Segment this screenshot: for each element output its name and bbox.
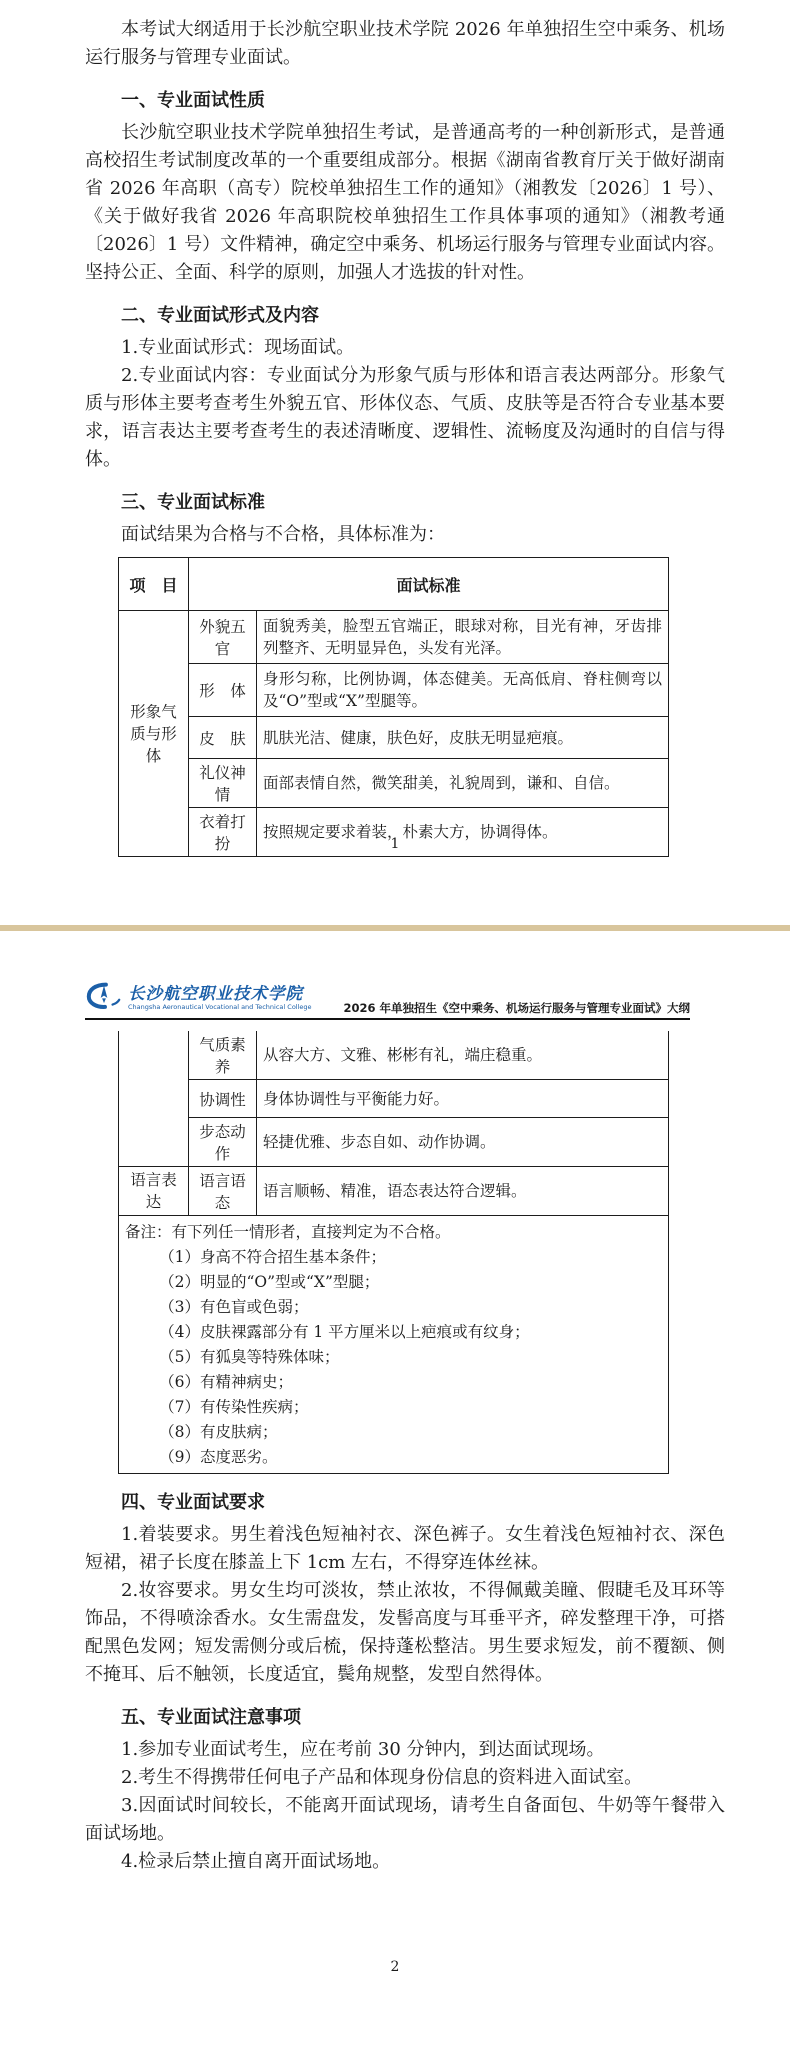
section-4-item: 1.着装要求。男生着浅色短袖衬衣、深色裤子。女生着浅色短袖衬衣、深色短裙，裙子长…: [85, 1521, 725, 1577]
table-row: 气质素养 从容大方、文雅、彬彬有礼，端庄稳重。: [119, 1031, 669, 1080]
college-logo-icon: [85, 981, 123, 1015]
note-item: （6）有精神病史；: [125, 1370, 662, 1395]
group-appearance-cell: 形象气质与形体: [119, 611, 189, 857]
item-standard: 从容大方、文雅、彬彬有礼，端庄稳重。: [257, 1031, 669, 1080]
section-1-heading: 一、专业面试性质: [85, 87, 725, 115]
note-item: （1）身高不符合招生基本条件；: [125, 1245, 662, 1270]
section-5-item: 4.检录后禁止擅自离开面试场地。: [85, 1848, 725, 1876]
page-1: 本考试大纲适用于长沙航空职业技术学院 2026 年单独招生空中乘务、机场运行服务…: [0, 0, 790, 925]
college-name-cn: 长沙航空职业技术学院: [128, 985, 312, 1003]
table-row: 语言表达 语言语态 语言顺畅、精准，语态表达符合逻辑。: [119, 1167, 669, 1216]
college-logo: 长沙航空职业技术学院 Changsha Aeronautical Vocatio…: [85, 981, 312, 1015]
header-item: 项 目: [119, 558, 189, 611]
college-name-block: 长沙航空职业技术学院 Changsha Aeronautical Vocatio…: [128, 985, 312, 1011]
note-item: （7）有传染性疾病；: [125, 1395, 662, 1420]
section-2-item: 2.专业面试内容：专业面试分为形象气质与形体和语言表达两部分。形象气质与形体主要…: [85, 362, 725, 474]
section-3-lead: 面试结果为合格与不合格，具体标准为：: [85, 521, 725, 549]
item-name: 气质素养: [189, 1031, 257, 1080]
page-number: 2: [0, 1959, 790, 1975]
intro-paragraph: 本考试大纲适用于长沙航空职业技术学院 2026 年单独招生空中乘务、机场运行服务…: [85, 16, 725, 72]
item-name: 礼仪神情: [189, 759, 257, 808]
standards-table-continued: 气质素养 从容大方、文雅、彬彬有礼，端庄稳重。 协调性 身体协调性与平衡能力好。…: [118, 1031, 669, 1474]
item-standard: 语言顺畅、精准，语态表达符合逻辑。: [257, 1167, 669, 1216]
table-row: 形 体 身形匀称，比例协调，体态健美。无高低肩、脊柱侧弯以及“O”型或“X”型腿…: [119, 664, 669, 717]
item-standard: 面部表情自然，微笑甜美，礼貌周到，谦和、自信。: [257, 759, 669, 808]
group-language-cell: 语言表达: [119, 1167, 189, 1216]
page-number: 1: [0, 836, 790, 852]
item-standard: 身体协调性与平衡能力好。: [257, 1080, 669, 1118]
table-row: 形象气质与形体 外貌五官 面貌秀美，脸型五官端正，眼球对称，目光有神，牙齿排列整…: [119, 611, 669, 664]
table-row: 礼仪神情 面部表情自然，微笑甜美，礼貌周到，谦和、自信。: [119, 759, 669, 808]
item-name: 外貌五官: [189, 611, 257, 664]
item-name: 步态动作: [189, 1118, 257, 1167]
table-header-row: 项 目 面试标准: [119, 558, 669, 611]
section-2-heading: 二、专业面试形式及内容: [85, 302, 725, 330]
college-name-en: Changsha Aeronautical Vocational and Tec…: [128, 1003, 312, 1011]
item-name: 皮 肤: [189, 717, 257, 759]
item-standard: 面貌秀美，脸型五官端正，眼球对称，目光有神，牙齿排列整齐、无明显异色，头发有光泽…: [257, 611, 669, 664]
note-item: （9）态度恶劣。: [125, 1445, 662, 1470]
table-row: 步态动作 轻捷优雅、步态自如、动作协调。: [119, 1118, 669, 1167]
page-2: 长沙航空职业技术学院 Changsha Aeronautical Vocatio…: [0, 931, 790, 2057]
note-title: 备注：有下列任一情形者，直接判定为不合格。: [125, 1220, 662, 1245]
section-5-item: 2.考生不得携带任何电子产品和体现身份信息的资料进入面试室。: [85, 1764, 725, 1792]
header-doc-title: 2026 年单独招生《空中乘务、机场运行服务与管理专业面试》大纲: [343, 1001, 690, 1015]
note-item: （5）有狐臭等特殊体味；: [125, 1345, 662, 1370]
section-5-item: 3.因面试时间较长，不能离开面试现场，请考生自备面包、牛奶等午餐带入面试场地。: [85, 1792, 725, 1848]
note-row: 备注：有下列任一情形者，直接判定为不合格。 （1）身高不符合招生基本条件； （2…: [119, 1216, 669, 1474]
header-standard: 面试标准: [189, 558, 669, 611]
standards-table: 项 目 面试标准 形象气质与形体 外貌五官 面貌秀美，脸型五官端正，眼球对称，目…: [118, 557, 669, 857]
section-5-heading: 五、专业面试注意事项: [85, 1704, 725, 1732]
note-item: （4）皮肤裸露部分有 1 平方厘米以上疤痕或有纹身；: [125, 1320, 662, 1345]
item-name: 协调性: [189, 1080, 257, 1118]
table-row: 皮 肤 肌肤光洁、健康，肤色好，皮肤无明显疤痕。: [119, 717, 669, 759]
section-1-body: 长沙航空职业技术学院单独招生考试，是普通高考的一种创新形式，是普通高校招生考试制…: [85, 119, 725, 287]
item-standard: 身形匀称，比例协调，体态健美。无高低肩、脊柱侧弯以及“O”型或“X”型腿等。: [257, 664, 669, 717]
section-2-item: 1.专业面试形式：现场面试。: [85, 334, 725, 362]
group-continuation-cell: [119, 1031, 189, 1167]
item-standard: 肌肤光洁、健康，肤色好，皮肤无明显疤痕。: [257, 717, 669, 759]
note-cell: 备注：有下列任一情形者，直接判定为不合格。 （1）身高不符合招生基本条件； （2…: [119, 1216, 669, 1474]
section-4-item: 2.妆容要求。男女生均可淡妆，禁止浓妆，不得佩戴美瞳、假睫毛及耳环等饰品，不得喷…: [85, 1577, 725, 1689]
item-name: 语言语态: [189, 1167, 257, 1216]
table-row: 协调性 身体协调性与平衡能力好。: [119, 1080, 669, 1118]
section-5-item: 1.参加专业面试考生，应在考前 30 分钟内，到达面试现场。: [85, 1736, 725, 1764]
item-name: 形 体: [189, 664, 257, 717]
section-3-heading: 三、专业面试标准: [85, 489, 725, 517]
section-4-heading: 四、专业面试要求: [85, 1489, 725, 1517]
note-item: （2）明显的“O”型或“X”型腿；: [125, 1270, 662, 1295]
note-item: （8）有皮肤病；: [125, 1420, 662, 1445]
document: 本考试大纲适用于长沙航空职业技术学院 2026 年单独招生空中乘务、机场运行服务…: [0, 0, 790, 2057]
page-header: 长沙航空职业技术学院 Changsha Aeronautical Vocatio…: [85, 931, 690, 1020]
item-standard: 轻捷优雅、步态自如、动作协调。: [257, 1118, 669, 1167]
note-item: （3）有色盲或色弱；: [125, 1295, 662, 1320]
